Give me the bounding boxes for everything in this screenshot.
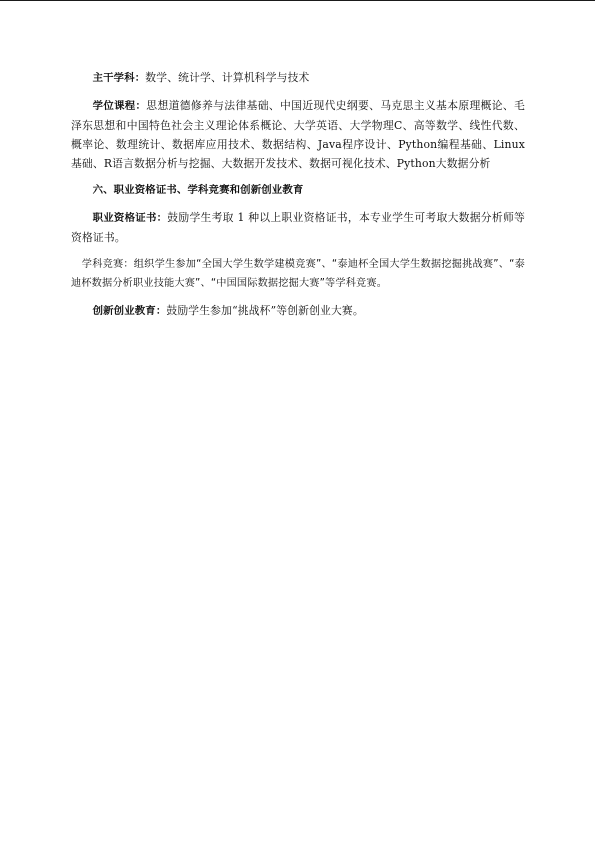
- main-subjects-paragraph: 主干学科：数学、统计学、计算机科学与技术: [71, 68, 525, 88]
- degree-courses-label: 学位课程：: [93, 100, 147, 112]
- competitions-paragraph: 学科竞赛：组织学生参加“全国大学生数学建模竞赛”、“泰迪杯全国大学生数据挖掘挑战…: [71, 255, 525, 293]
- page-top-border: [0, 0, 595, 1]
- innovation-text: 鼓励学生参加“挑战杯”等创新创业大赛。: [166, 304, 363, 317]
- certificates-paragraph: 职业资格证书：鼓励学生考取 1 种以上职业资格证书，本专业学生可考取大数据分析师…: [71, 208, 525, 247]
- innovation-paragraph: 创新创业教育：鼓励学生参加“挑战杯”等创新创业大赛。: [71, 301, 525, 321]
- section-six-heading: 六、职业资格证书、学科竞赛和创新创业教育: [71, 181, 525, 200]
- certificates-label: 职业资格证书：: [93, 212, 168, 224]
- main-subjects-text: 数学、统计学、计算机科学与技术: [145, 71, 309, 84]
- degree-courses-paragraph: 学位课程：思想道德修养与法律基础、中国近现代史纲要、马克思主义基本原理概论、毛泽…: [71, 96, 525, 173]
- competitions-label: 学科竞赛：: [82, 259, 134, 270]
- innovation-label: 创新创业教育：: [93, 305, 167, 317]
- main-subjects-label: 主干学科：: [93, 72, 146, 84]
- document-page: 主干学科：数学、统计学、计算机科学与技术 学位课程：思想道德修养与法律基础、中国…: [71, 68, 525, 321]
- competitions-text: 组织学生参加“全国大学生数学建模竞赛”、“泰迪杯全国大学生数据挖掘挑战赛”、“泰…: [71, 259, 525, 289]
